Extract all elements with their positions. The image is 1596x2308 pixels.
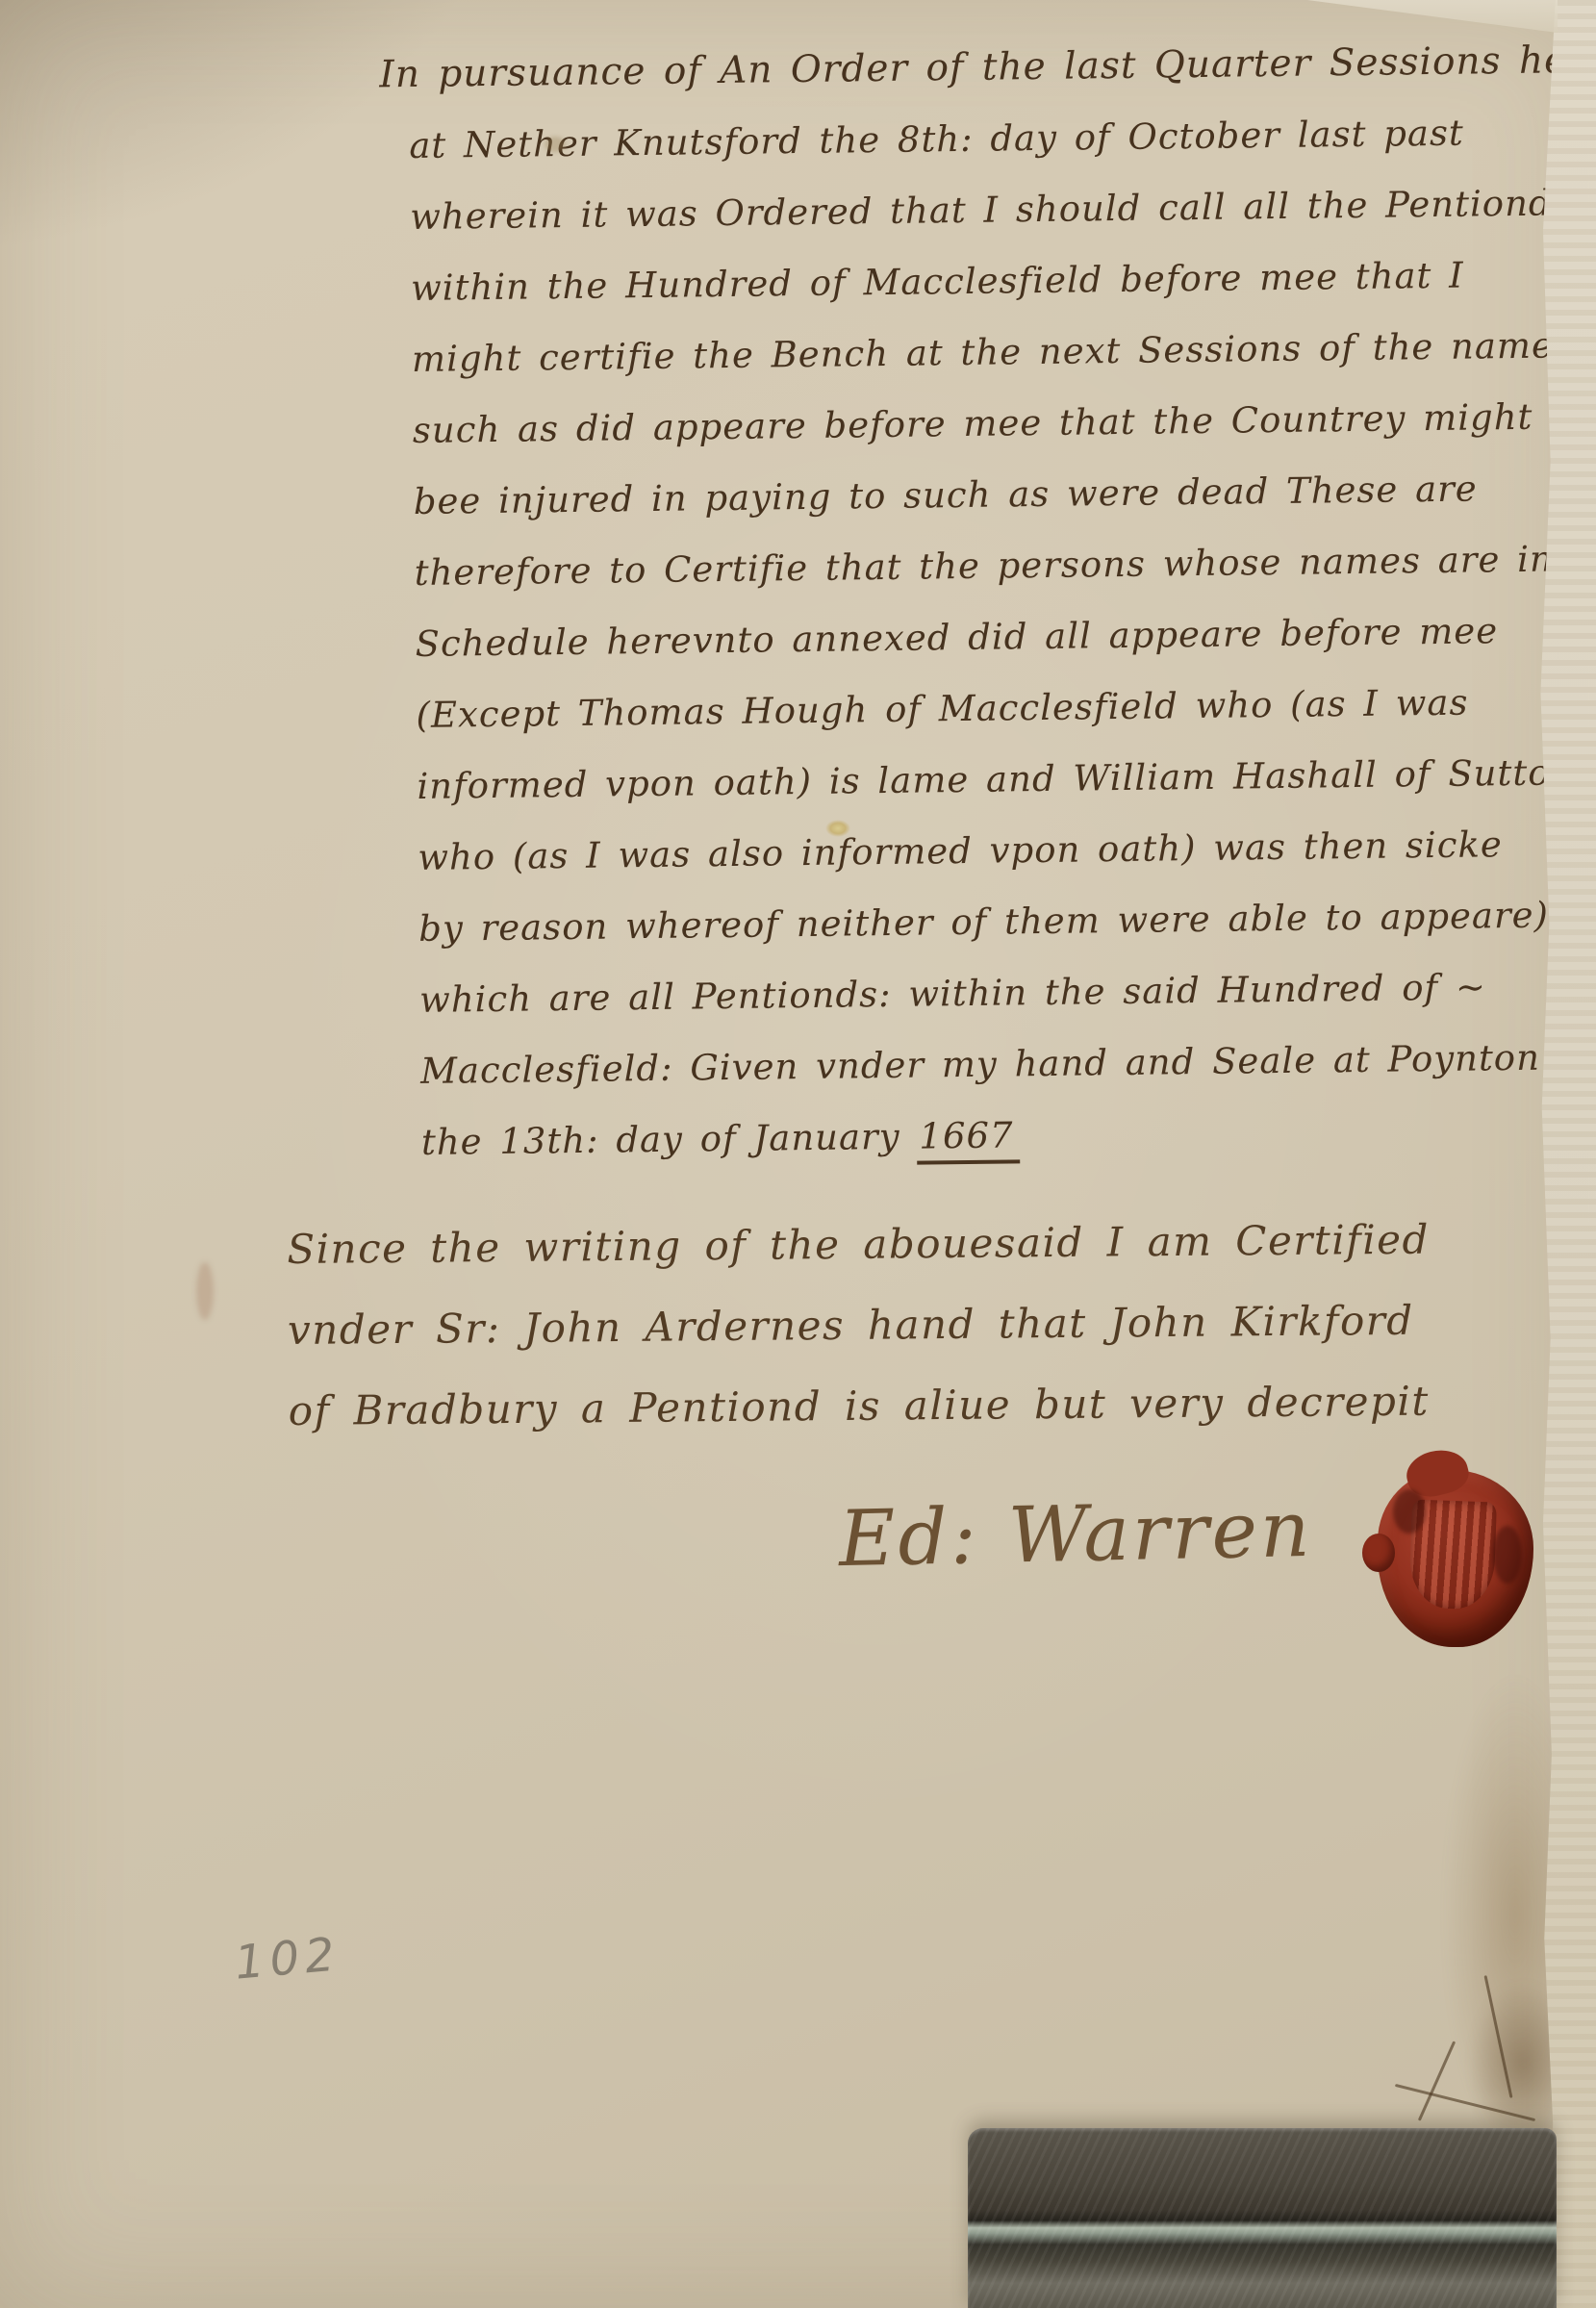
postscript: Since the writing of the abouesaid I am … [287,1205,1431,1457]
pencil-folio-number: 102 [233,1927,342,1990]
postscript-lines: Since the writing of the abouesaid I am … [287,1205,1431,1457]
year-underlined: 1667 [917,1114,1020,1164]
manuscript-line: of Bradbury a Pentiond is aliue but very… [288,1366,1431,1457]
manuscript-line: Since the writing of the abouesaid I am … [287,1205,1430,1295]
date-line: the 13th: day of January 1667 [421,1097,1596,1182]
certificate-lines: In pursuance of An Order of the last Qua… [408,30,1596,1112]
paper-fleck [825,820,850,837]
wax-seal-drip [1362,1534,1395,1572]
manuscript-line: vnder Sr: John Ardernes hand that John K… [288,1285,1431,1376]
signature: Ed: Warren [838,1484,1313,1584]
paper-fleck [196,1262,214,1320]
wax-seal-shadow [1393,1489,1426,1534]
certificate-body: In pursuance of An Order of the last Qua… [408,30,1596,1183]
top-right-corner-fold [1307,0,1558,33]
date-prefix: the 13th: day of January [421,1116,918,1163]
wax-seal-shadow [1493,1526,1522,1584]
metal-clip [968,2128,1557,2308]
paper-fleck [545,137,566,152]
manuscript-page-photo: In pursuance of An Order of the last Qua… [0,0,1596,2308]
